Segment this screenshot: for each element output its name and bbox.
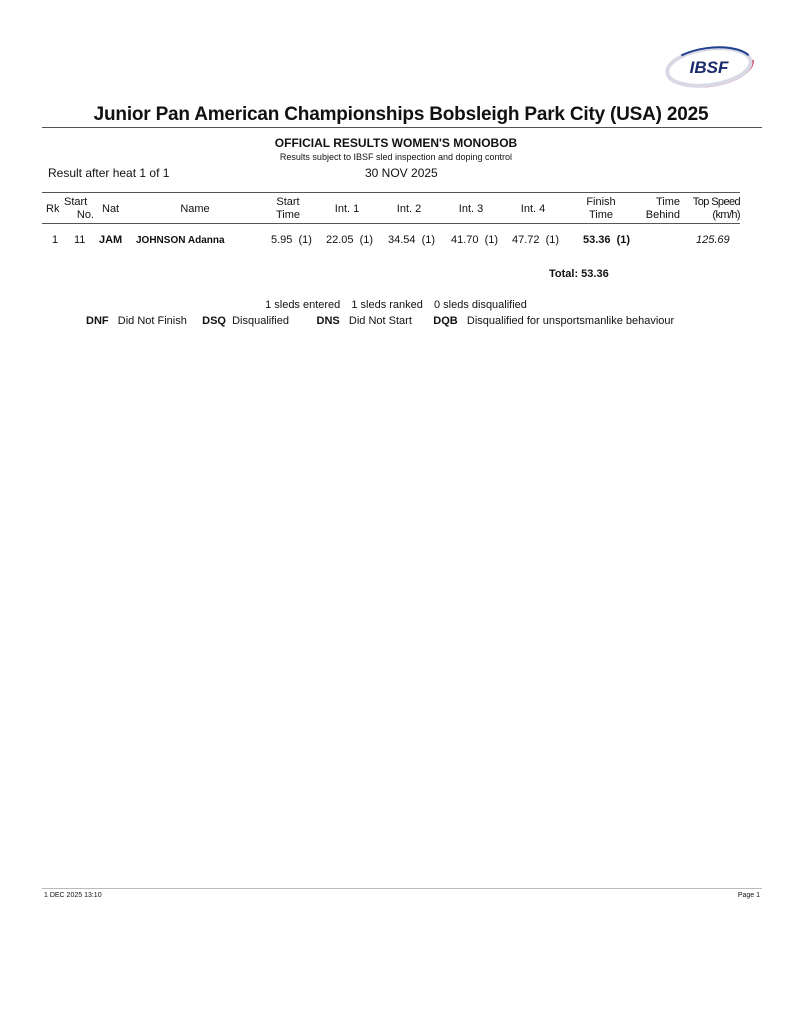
cell-int1: 22.05 (1) (326, 234, 373, 246)
footer-page-number: Page 1 (738, 892, 760, 899)
col-start-time: Start Time (268, 196, 308, 222)
heat-info: Result after heat 1 of 1 (48, 166, 169, 180)
table-header-top-rule (42, 192, 740, 193)
svg-text:IBSF: IBSF (690, 58, 729, 77)
legend-label-dqb: Disqualified for unsportsmanlike behavio… (467, 315, 674, 327)
footer-divider (42, 888, 762, 889)
legend-code-dqb: DQB (433, 315, 457, 327)
cell-name: JOHNSON Adanna (136, 235, 225, 246)
cell-nat: JAM (99, 234, 122, 246)
results-subtitle: OFFICIAL RESULTS WOMEN'S MONOBOB (0, 136, 792, 150)
legend-label-dns: Did Not Start (349, 315, 412, 327)
col-int4: Int. 4 (508, 203, 558, 216)
cell-start-time: 5.95 (1) (271, 234, 312, 246)
status-legend: DNF Did Not Finish DSQ Disqualified DNS … (86, 315, 674, 327)
col-finish-time: Finish Time (578, 196, 624, 222)
race-date: 30 NOV 2025 (365, 166, 438, 180)
sleds-disqualified: 0 sleds disqualified (434, 299, 527, 311)
col-int2: Int. 2 (384, 203, 434, 216)
col-time-behind: Time Behind (636, 196, 686, 222)
col-nat: Nat (102, 203, 119, 216)
legend-code-dns: DNS (317, 315, 340, 327)
legend-label-dnf: Did Not Finish (118, 315, 187, 327)
cell-int4: 47.72 (1) (512, 234, 559, 246)
legend-label-dsq: Disqualified (232, 315, 289, 327)
cell-finish-time: 53.36 (1) (583, 234, 630, 246)
col-int1: Int. 1 (322, 203, 372, 216)
page-title: Junior Pan American Championships Bobsle… (40, 104, 762, 126)
table-header-bottom-rule (42, 223, 740, 224)
legend-code-dnf: DNF (86, 315, 109, 327)
inspection-notice: Results subject to IBSF sled inspection … (0, 152, 792, 162)
cell-top-speed: 125.69 (696, 234, 730, 246)
title-divider (42, 127, 762, 128)
cell-rank: 1 (52, 234, 58, 246)
sleds-ranked: 1 sleds ranked (351, 299, 423, 311)
col-name: Name (150, 203, 240, 216)
cell-start-no: 11 (74, 234, 85, 246)
sleds-summary: 1 sleds entered 1 sleds ranked 0 sleds d… (0, 299, 792, 311)
cell-int2: 34.54 (1) (388, 234, 435, 246)
cell-int3: 41.70 (1) (451, 234, 498, 246)
col-int3: Int. 3 (446, 203, 496, 216)
col-rank: Rk (46, 203, 59, 216)
col-start-no: Start No. (64, 196, 94, 222)
sleds-entered: 1 sleds entered (265, 299, 340, 311)
col-top-speed: Top Speed (km/h) (684, 196, 740, 222)
footer-timestamp: 1 DEC 2025 13:10 (44, 892, 102, 899)
total-time: Total: 53.36 (549, 268, 609, 280)
legend-code-dsq: DSQ (202, 315, 226, 327)
ibsf-logo: IBSF (662, 40, 756, 92)
